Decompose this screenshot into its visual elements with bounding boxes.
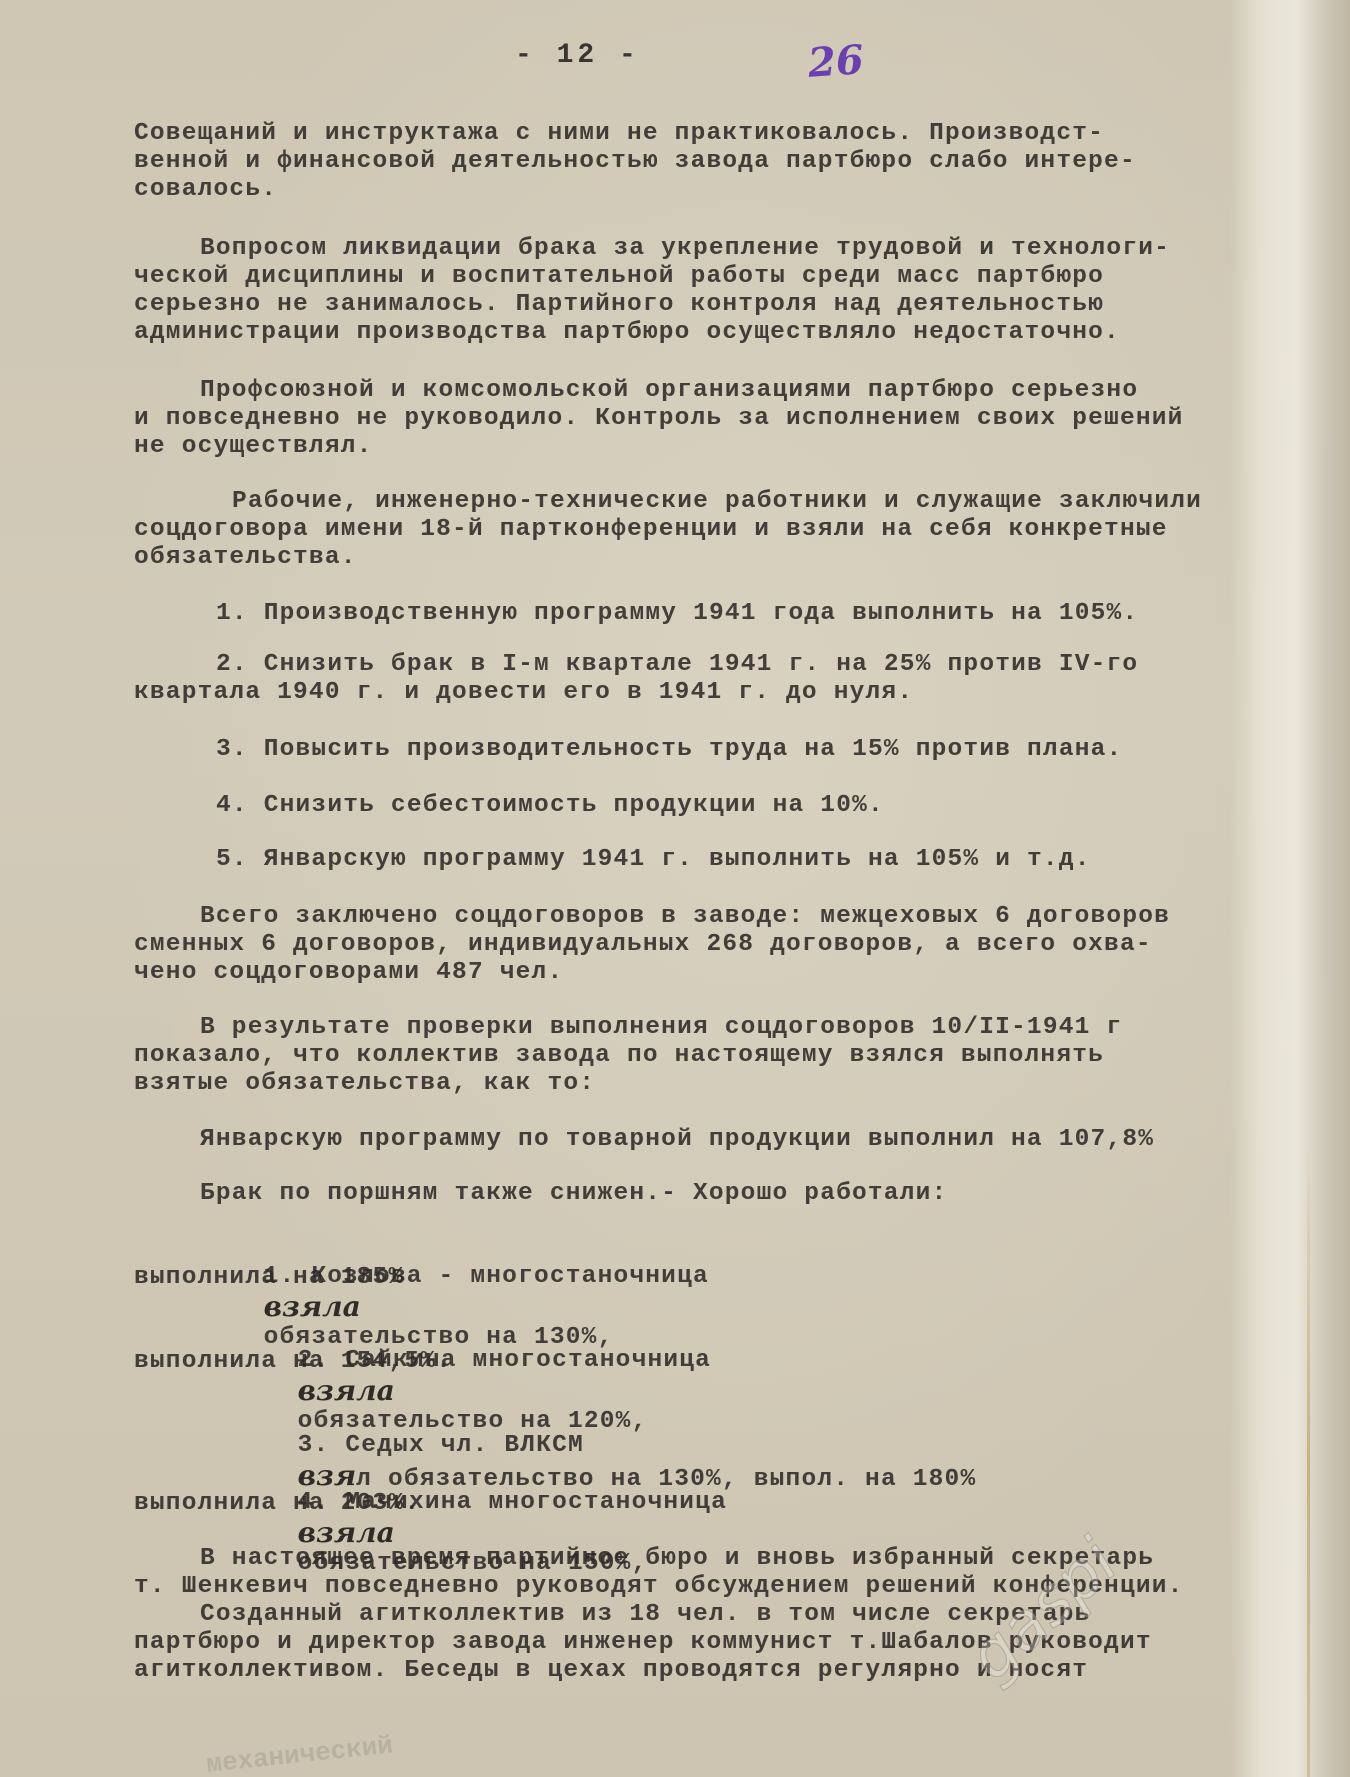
text-line: В результате проверки выполнения соцдого… bbox=[200, 1014, 1122, 1041]
text-line: и повседневно не руководило. Контроль за… bbox=[134, 405, 1184, 432]
text-line: венной и финансовой деятельностью завода… bbox=[134, 148, 1136, 175]
folded-page-edge bbox=[1230, 0, 1350, 1777]
text-line: администрации производства партбюро осущ… bbox=[134, 319, 1120, 346]
defects-result: Брак по поршням также снижен.- Хорошо ра… bbox=[200, 1180, 947, 1207]
text-line: сменных 6 договоров, индивидуальных 268 … bbox=[134, 931, 1152, 958]
obligation-item: 5. Январскую программу 1941 г. выполнить… bbox=[216, 846, 1091, 873]
page-number: - 12 - bbox=[515, 40, 640, 71]
text-line: обязательства. bbox=[134, 544, 357, 571]
text-line: Всего заключено соцдоговоров в заводе: м… bbox=[200, 903, 1170, 930]
text-line: показало, что коллектив завода по настоя… bbox=[134, 1042, 1104, 1069]
text-line: Профсоюзной и комсомольской организациям… bbox=[200, 377, 1138, 404]
text-line: ческой дисциплины и воспитательной работ… bbox=[134, 263, 1104, 290]
obligation-item: 3. Повысить производительность труда на … bbox=[216, 736, 1122, 763]
obligation-item: 2. Снизить брак в I-м квартале 1941 г. н… bbox=[216, 651, 1138, 678]
obligation-item-continued: квартала 1940 г. и довести его в 1941 г.… bbox=[134, 679, 913, 706]
obligation-item: 4. Снизить себестоимость продукции на 10… bbox=[216, 792, 884, 819]
text-line: серьезно не занималось. Партийного контр… bbox=[134, 291, 1104, 318]
text-line: не осуществлял. bbox=[134, 433, 373, 460]
worker-name: 3. Седых чл. ВЛКСМ bbox=[298, 1432, 584, 1459]
page-edge-crease bbox=[1307, 1150, 1310, 1777]
text-line: агитколлективом. Беседы в цехах проводят… bbox=[134, 1657, 1088, 1684]
text-line: чено соцдоговорами 487 чел. bbox=[134, 959, 563, 986]
text-line: Совещаний и инструктажа с ними не практи… bbox=[134, 120, 1104, 147]
obligation-item: 1. Производственную программу 1941 года … bbox=[216, 600, 1138, 627]
worker-result: выполнила на 154,5%. bbox=[134, 1348, 452, 1375]
text-line: В настоящее время партийное бюро и вновь… bbox=[200, 1545, 1154, 1572]
january-result: Январскую программу по товарной продукци… bbox=[200, 1126, 1154, 1153]
text-line: соцдоговора имени 18-й партконференции и… bbox=[134, 516, 1168, 543]
text-line: Созданный агитколлектив из 18 чел. в том… bbox=[200, 1601, 1091, 1628]
handwritten-insert: взяла bbox=[298, 1374, 395, 1407]
text-line: совалось. bbox=[134, 176, 277, 203]
handwritten-insert: взяла bbox=[264, 1290, 361, 1323]
archive-sheet-number: 26 bbox=[806, 36, 865, 87]
text-line: Рабочие, инженерно-технические работники… bbox=[232, 488, 1202, 515]
text-line: Вопросом ликвидации брака за укрепление … bbox=[200, 235, 1170, 262]
worker-result: выполнила на 203%. bbox=[134, 1490, 420, 1517]
worker-result: выполнила на 185% bbox=[134, 1264, 404, 1291]
text-line: взятые обязательства, как то: bbox=[134, 1070, 595, 1097]
